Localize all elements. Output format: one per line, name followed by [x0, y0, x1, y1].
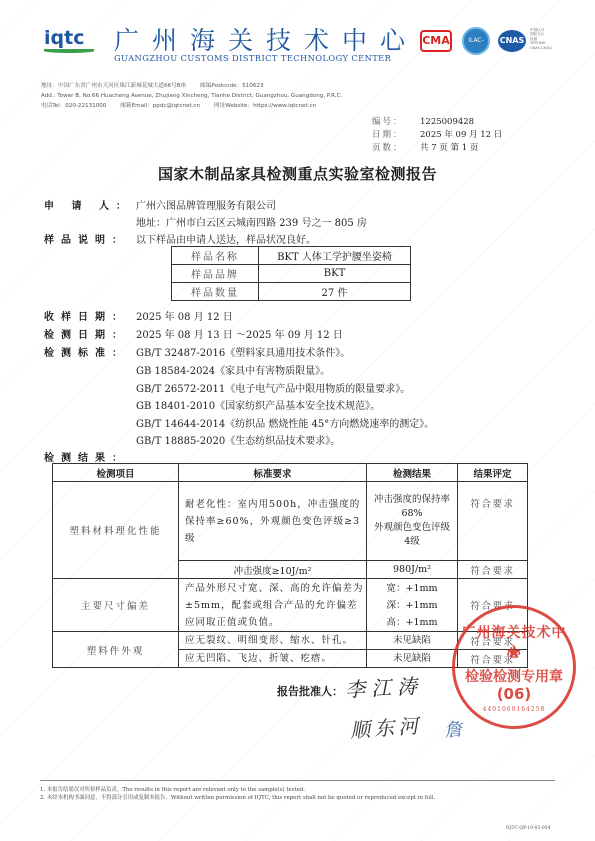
applicant-label: 申 请 人： [44, 197, 133, 212]
cma-cert-icon: CMA [420, 30, 452, 52]
postcode: 邮编Postcode：510623 [200, 83, 263, 89]
standard-item: GB/T 18885-2020《生态纺织品技术要求》。 [136, 432, 340, 447]
applicant-name: 广州六图品牌管理服务有限公司 [136, 197, 276, 212]
test-date: 2025 年 08 月 13 日 ～2025 年 09 月 12 日 [136, 326, 343, 341]
test-result: 未见缺陷 [367, 632, 458, 650]
standard-item: GB/T 14644-2014《纺织品 燃烧性能 45°方向燃烧速率的测定》。 [136, 415, 434, 430]
stamp-purpose: 检验检测专用章 [455, 666, 573, 686]
result-line: 4级 [369, 535, 455, 549]
table-row: 样品品牌 BKT [172, 265, 411, 283]
table-row: 样品数量 27 件 [172, 283, 411, 301]
logo-swoosh-icon [44, 49, 94, 53]
contact-line-1: 地址：中国广东省广州市天河区珠江新城花城大道66号B座邮编Postcode：51… [41, 81, 278, 91]
sample-value: 27 件 [259, 283, 411, 301]
stamp-number: (06) [455, 685, 573, 703]
test-result: 未见缺陷 [367, 650, 458, 668]
standard-item: GB/T 32487-2016《塑料家具通用技术条件》。 [136, 344, 350, 359]
report-number-label: 编号： [372, 116, 420, 129]
org-name-en: GUANGZHOU CUSTOMS DISTRICT TECHNOLOGY CE… [114, 53, 391, 63]
standard-item: GB 18584-2024《家具中有害物质限量》。 [136, 362, 330, 377]
test-result: 980J/m² [367, 561, 458, 579]
result-line: 冲击强度的保持率 [369, 493, 455, 507]
receipt-date-label: 收样日期： [44, 308, 129, 323]
requirement: 冲击强度≥10J/m² [179, 561, 367, 579]
result-line: 68% [369, 507, 455, 521]
test-result: 宽：+1mm 深：+1mm 高：+1mm [367, 579, 458, 632]
col-header-result: 检测结果 [367, 464, 458, 482]
iqtc-logo: iqtc [44, 27, 84, 49]
official-seal-stamp: 广州海关技术中心 ★ 检验检测专用章 (06) 4401060164258 [452, 605, 576, 729]
sample-value: BKT [259, 265, 411, 283]
table-row: 塑料材料理化性能 耐老化性：室内用500h，冲击强度的保持率≥60%，外观颜色变… [53, 482, 528, 561]
signature-3: 詹 [443, 715, 464, 743]
evaluation: 符合要求 [458, 561, 528, 579]
address-en: Add.: Tower B, No.66 Huacheng Avenue, Zh… [41, 93, 342, 99]
standard-item: GB/T 26572-2011《电子电气产品中限用物质的限量要求》。 [136, 380, 410, 395]
page-count: 共 7 页 第 1 页 [420, 142, 478, 155]
table-row: 样品名称 BKT 人体工学护腰坐姿椅 [172, 247, 411, 265]
footer-divider [40, 780, 555, 781]
signature-2: 顺东河 [349, 710, 423, 744]
website-link[interactable]: 网址Website：https://www.iqtcnet.cn [214, 103, 316, 109]
test-date-label: 检测日期： [44, 326, 129, 341]
form-code: IQTC-QP-10-03-054 [506, 826, 551, 831]
report-date-label: 日期： [372, 129, 420, 142]
requirement: 产品外形尺寸宽、深、高的允许偏差为±5mm，配套或组合产品的允许偏差应同取正值或… [179, 579, 367, 632]
requirement: 耐老化性：室内用500h，冲击强度的保持率≥60%，外观颜色变色评级≥3级 [179, 482, 367, 561]
cnas-text-line: CNAS L3001 [530, 46, 560, 50]
standard-item: GB 18401-2010《国家纺织产品基本安全技术规范》。 [136, 397, 380, 412]
email[interactable]: 邮箱Email：ppdc@iqtcnet.cn [120, 103, 200, 109]
cnas-cert-icon: CNAS [498, 30, 526, 52]
evaluation: 符合要求 [458, 482, 528, 561]
col-header-requirement: 标准要求 [179, 464, 367, 482]
sample-label: 样品说明： [44, 231, 129, 246]
contact-line-2: Add.: Tower B, No.66 Huacheng Avenue, Zh… [41, 91, 356, 101]
sample-key: 样品名称 [172, 247, 259, 265]
table-header-row: 检测项目 标准要求 检测结果 结果评定 [53, 464, 528, 482]
sample-info-table: 样品名称 BKT 人体工学护腰坐姿椅 样品品牌 BKT 样品数量 27 件 [171, 246, 411, 301]
approver-signature: 李江涛 [344, 670, 423, 703]
result-line: 深：+1mm [369, 597, 455, 614]
page-count-label: 页数： [372, 142, 420, 155]
sample-key: 样品品牌 [172, 265, 259, 283]
result-line: 外观颜色变色评级 [369, 521, 455, 535]
footnote-1: 1. 本报告结果仅对所检样品负责。The results in this rep… [40, 785, 305, 793]
test-item: 塑料材料理化性能 [53, 482, 179, 579]
test-item: 主要尺寸偏差 [53, 579, 179, 632]
report-number: 1225009428 [420, 116, 474, 129]
footnote-2: 2. 未经本机构书面同意，不得部分引用或复制本报告。Without writte… [40, 793, 435, 801]
org-name-cn: 广州海关技术中心 [114, 21, 418, 57]
stamp-code: 4401060164258 [455, 706, 573, 713]
report-title: 国家木制品家具检测重点实验室检测报告 [0, 163, 595, 184]
sample-value: BKT 人体工学护腰坐姿椅 [259, 247, 411, 265]
test-result: 冲击强度的保持率 68% 外观颜色变色评级 4级 [367, 482, 458, 561]
applicant-address: 地址：广州市白云区云城南四路 239 号之一 805 房 [136, 214, 367, 229]
receipt-date: 2025 年 08 月 12 日 [136, 308, 233, 323]
requirement: 应无凹陷、飞边、折皱、疙瘩。 [179, 650, 367, 668]
standards-label: 检测标准： [44, 344, 129, 359]
sample-key: 样品数量 [172, 283, 259, 301]
report-meta: 编号：1225009428 日期：2025 年 09 月 12 日 页数：共 7… [372, 116, 502, 155]
contact-line-3: 电话Tel：020-22131000邮箱Email：ppdc@iqtcnet.c… [41, 101, 330, 111]
approver-label: 报告批准人： [277, 683, 343, 699]
requirement: 应无裂纹、明细变形、缩水、针孔。 [179, 632, 367, 650]
star-icon: ★ [455, 642, 573, 663]
cnas-accreditation-text: 中国认可 国际互认 检测 TESTING CNAS L3001 [530, 28, 560, 50]
telephone: 电话Tel：020-22131000 [41, 103, 106, 109]
address-cn: 地址：中国广东省广州市天河区珠江新城花城大道66号B座 [41, 83, 186, 89]
sample-description: 以下样品由申请人送达，样品状况良好。 [136, 231, 316, 246]
test-item: 塑料件外观 [53, 632, 179, 668]
report-date: 2025 年 09 月 12 日 [420, 129, 502, 142]
results-label: 检测结果： [44, 449, 129, 464]
result-line: 宽：+1mm [369, 580, 455, 597]
col-header-evaluation: 结果评定 [458, 464, 528, 482]
col-header-item: 检测项目 [53, 464, 179, 482]
result-line: 高：+1mm [369, 614, 455, 631]
ilac-mra-icon: ILAC-MRA [462, 27, 490, 55]
